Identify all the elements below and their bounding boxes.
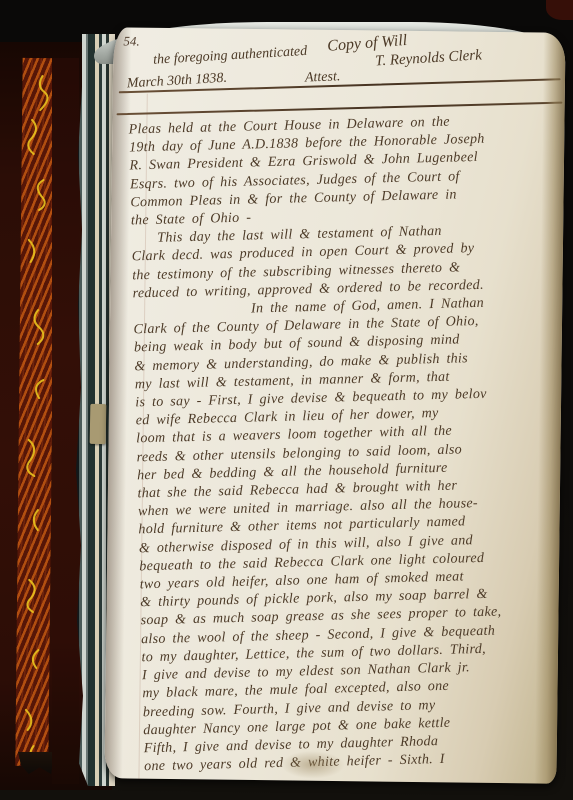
corner-shadow [546, 0, 573, 20]
page-tab [90, 404, 107, 444]
page-stain [280, 750, 344, 779]
cover-inner-strip [52, 58, 79, 784]
header-annotation-left: the foregoing authenticated [153, 44, 308, 69]
manuscript-page: 54. the foregoing authenticated Copy of … [104, 27, 565, 783]
photographed-ledger-page: 54. the foregoing authenticated Copy of … [0, 0, 573, 800]
manuscript-body: Pleas held at the Court House in Delawar… [128, 111, 565, 777]
page-number: 54. [123, 33, 139, 49]
